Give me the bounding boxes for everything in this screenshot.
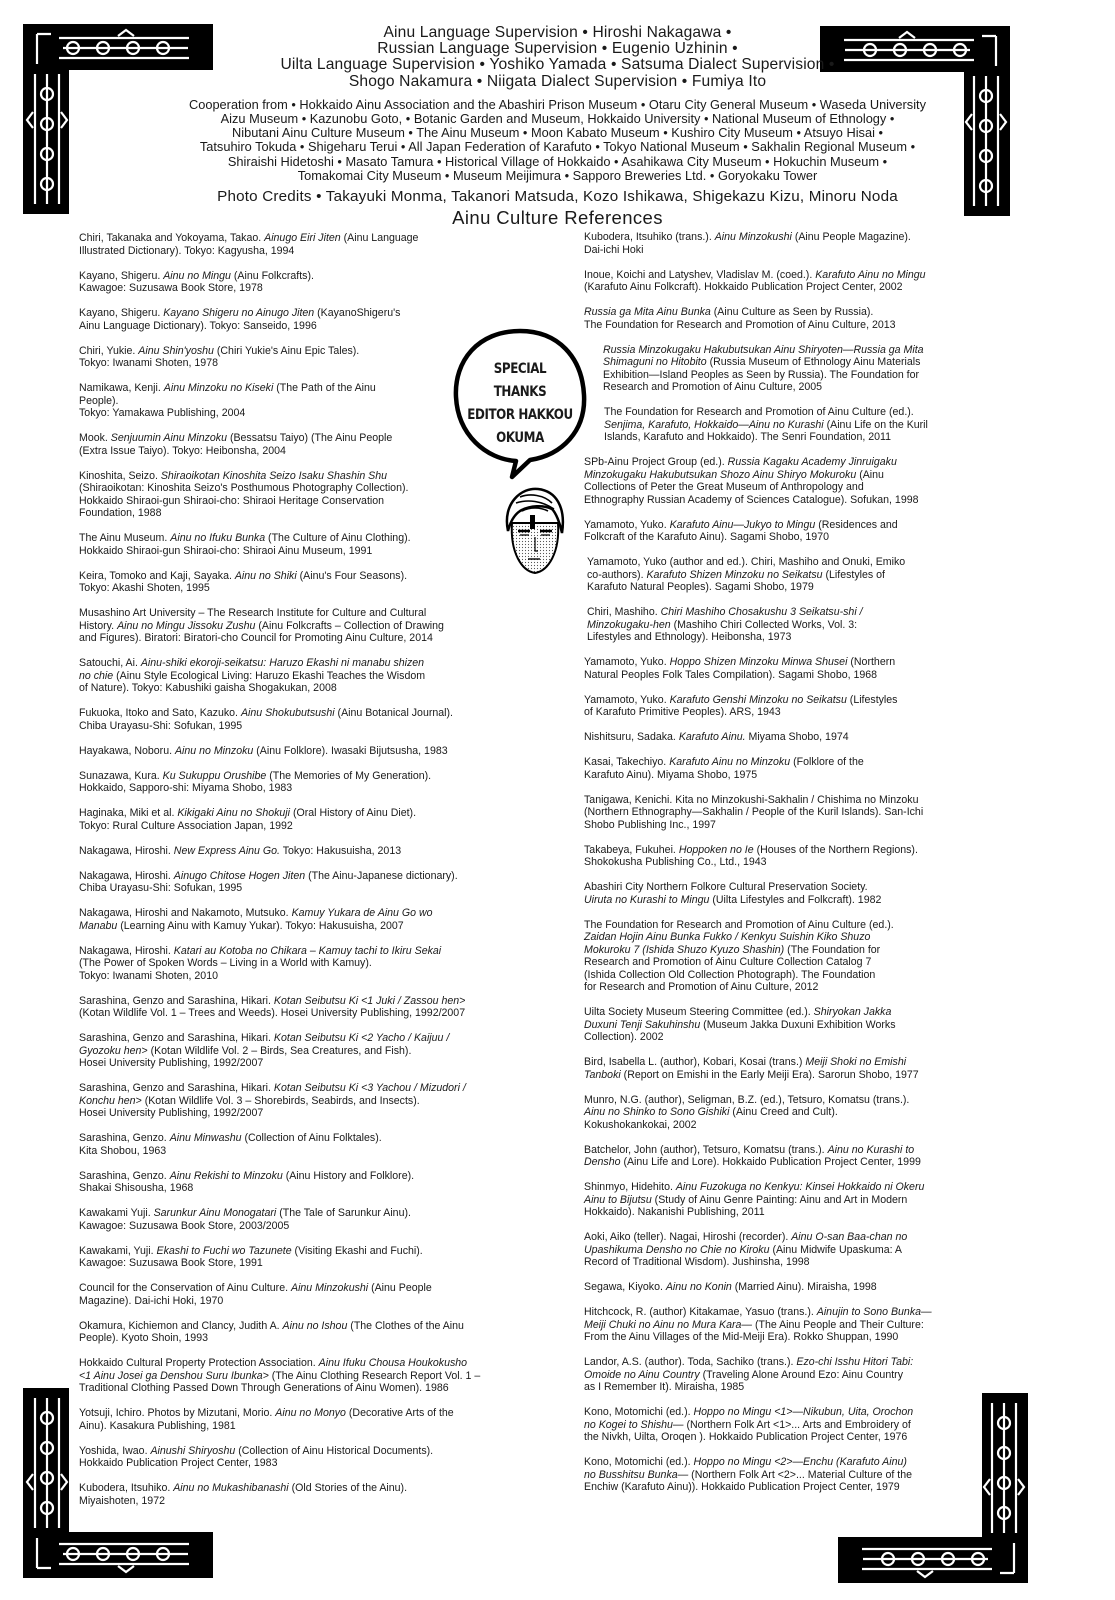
reference-title: Ainu no Shinko to Sono Gishiki [584, 1106, 729, 1118]
reference-entry: Nakagawa, Hiroshi. Ainugo Chitose Hogen … [79, 870, 484, 895]
reference-author: Nakagawa, Hiroshi. [79, 845, 174, 857]
reference-entry: The Ainu Museum. Ainu no Ifuku Bunka (Th… [79, 532, 484, 557]
cooperation-line: Nibutani Ainu Culture Museum • The Ainu … [0, 126, 1115, 140]
special-thanks-line: OKUMA [463, 427, 578, 450]
reference-author: The Ainu Museum. [79, 532, 170, 544]
reference-author: Haginaka, Miki et al. [79, 807, 177, 819]
reference-entry: Tanigawa, Kenichi. Kita no Minzokushi-Sa… [584, 794, 974, 832]
references-right-column: Kubodera, Itsuhiko (trans.). Ainu Minzok… [584, 231, 974, 1506]
reference-title: Kotan Seibutsu Ki <1 Juki / Zassou hen> [274, 995, 465, 1007]
reference-author: Kubodera, Itsuhiko (trans.). [584, 231, 715, 243]
reference-entry: Kubodera, Itsuhiko (trans.). Ainu Minzok… [584, 231, 974, 256]
reference-title: Ainu no Konin [666, 1281, 732, 1293]
reference-title: Ainu no Ifuku Bunka [170, 532, 265, 544]
reference-title: Ku Sukuppu Orushibe [163, 770, 267, 782]
reference-author: Tanigawa, Kenichi. Kita no Minzokushi-Sa… [584, 794, 923, 831]
supervision-line: Ainu Language Supervision • Hiroshi Naka… [0, 25, 1115, 41]
reference-title: New Express Ainu Go. [174, 845, 280, 857]
reference-title: Karafuto Ainu no Mingu [815, 269, 925, 281]
reference-author: Mook. [79, 432, 111, 444]
supervision-line: Shogo Nakamura • Niigata Dialect Supervi… [0, 74, 1115, 90]
reference-entry: Munro, N.G. (author), Seligman, B.Z. (ed… [584, 1094, 974, 1132]
reference-author: Segawa, Kiyoko. [584, 1281, 666, 1293]
reference-author: Yamamoto, Yuko. [584, 519, 670, 531]
reference-entry: Kinoshita, Seizo. Shiraoikotan Kinoshita… [79, 470, 484, 520]
reference-entry: Yotsuji, Ichiro. Photos by Mizutani, Mor… [79, 1407, 484, 1432]
reference-author: Kinoshita, Seizo. [79, 470, 161, 482]
reference-title: Ainushi Shiryoshu [150, 1445, 235, 1457]
reference-author: Sunazawa, Kura. [79, 770, 163, 782]
reference-author: Bird, Isabella L. (author), Kobari, Kosa… [584, 1056, 805, 1068]
reference-details: (Ainu Folklore). Iwasaki Bijutsusha, 198… [253, 745, 447, 757]
reference-title: Karafuto Genshi Minzoku no Seikatsu [670, 694, 847, 706]
special-thanks-line: SPECIAL [463, 358, 578, 381]
reference-author: Chiri, Takanaka and Yokoyama, Takao. [79, 232, 264, 244]
reference-entry: Russia ga Mita Ainu Bunka (Ainu Culture … [584, 306, 974, 331]
reference-title: Ainu no Shiki [235, 570, 297, 582]
reference-author: Hokkaido Cultural Property Protection As… [79, 1357, 319, 1369]
reference-author: Abashiri City Northern Folkore Cultural … [584, 881, 868, 893]
reference-author: Kayano, Shigeru. [79, 307, 163, 319]
reference-details: (Report on Emishi in the Early Meiji Era… [621, 1069, 919, 1081]
reference-entry: Aoki, Aiko (teller). Nagai, Hiroshi (rec… [584, 1231, 974, 1269]
reference-entry: Kawakami Yuji. Sarunkur Ainu Monogatari … [79, 1207, 484, 1232]
reference-entry: Mook. Senjuumin Ainu Minzoku (Bessatsu T… [79, 432, 484, 457]
reference-title: Ainu Shokubutsushi [241, 707, 335, 719]
reference-author: Kubodera, Itsuhiko. [79, 1482, 173, 1494]
reference-author: Kono, Motomichi (ed.). [584, 1406, 694, 1418]
reference-title: Sarunkur Ainu Monogatari [154, 1207, 277, 1219]
reference-entry: Council for the Conservation of Ainu Cul… [79, 1282, 484, 1307]
reference-author: Sarashina, Genzo and Sarashina, Hikari. [79, 1082, 274, 1094]
cooperation-line: Tatsuhiro Tokuda • Shigeharu Terui • All… [0, 140, 1115, 154]
reference-author: Landor, A.S. (author). Toda, Sachiko (tr… [584, 1356, 796, 1368]
reference-title: Ainu no Ishou [283, 1320, 348, 1332]
reference-entry: Haginaka, Miki et al. Kikigaki Ainu no S… [79, 807, 484, 832]
reference-entry: Kono, Motomichi (ed.). Hoppo no Mingu <2… [584, 1456, 974, 1494]
special-thanks-text: SPECIAL THANKS EDITOR HAKKOU OKUMA [463, 358, 578, 450]
reference-title: Kikigaki Ainu no Shokuji [177, 807, 290, 819]
reference-title: Hoppo Shizen Minzoku Minwa Shusei [670, 656, 848, 668]
reference-entry: Hitchcock, R. (author) Kitakamae, Yasuo … [584, 1306, 974, 1344]
reference-title: Katari au Kotoba no Chikara – Kamuy tach… [174, 945, 441, 957]
reference-author: Fukuoka, Itoko and Sato, Kazuko. [79, 707, 241, 719]
references-left-column: Chiri, Takanaka and Yokoyama, Takao. Ain… [79, 232, 484, 1520]
cooperation-line: Aizu Museum • Kazunobu Goto, • Botanic G… [0, 112, 1115, 126]
reference-entry: Landor, A.S. (author). Toda, Sachiko (tr… [584, 1356, 974, 1394]
reference-details: Miyama Shobo, 1974 [746, 731, 849, 743]
reference-author: Kono, Motomichi (ed.). [584, 1456, 694, 1468]
reference-author: Nakagawa, Hiroshi. [79, 870, 174, 882]
reference-title: Senjima, Karafuto, Hokkaido—Ainu no Kura… [604, 419, 824, 431]
reference-title: Karafuto Ainu. [679, 731, 746, 743]
reference-entry: Nakagawa, Hiroshi and Nakamoto, Mutsuko.… [79, 907, 484, 932]
reference-entry: Abashiri City Northern Folkore Cultural … [584, 881, 974, 906]
reference-author: Keira, Tomoko and Kaji, Sayaka. [79, 570, 235, 582]
reference-title: Karafuto Ainu—Jukyo to Mingu [670, 519, 816, 531]
reference-entry: Uilta Society Museum Steering Committee … [584, 1006, 974, 1044]
supervision-credits: Ainu Language Supervision • Hiroshi Naka… [0, 25, 1115, 90]
reference-entry: SPb-Ainu Project Group (ed.). Russia Kag… [584, 456, 974, 506]
reference-title: Uiruta no Kurashi to Mingu [584, 894, 709, 906]
reference-author: Uilta Society Museum Steering Committee … [584, 1006, 814, 1018]
reference-entry: Hayakawa, Noboru. Ainu no Minzoku (Ainu … [79, 745, 484, 758]
reference-entry: Hokkaido Cultural Property Protection As… [79, 1357, 484, 1395]
special-thanks-line: THANKS [463, 381, 578, 404]
reference-entry: Sarashina, Genzo and Sarashina, Hikari. … [79, 1082, 484, 1120]
reference-entry: Bird, Isabella L. (author), Kobari, Kosa… [584, 1056, 974, 1081]
reference-title: Ainu Minzokushi [715, 231, 792, 243]
reference-author: Okamura, Kichiemon and Clancy, Judith A. [79, 1320, 283, 1332]
reference-entry: Shinmyo, Hidehito. Ainu Fuzokuga no Kenk… [584, 1181, 974, 1219]
reference-entry: Sarashina, Genzo. Ainu Minwashu (Collect… [79, 1132, 484, 1157]
reference-entry: Kubodera, Itsuhiko. Ainu no Mukashibanas… [79, 1482, 484, 1507]
reference-entry: Sarashina, Genzo and Sarashina, Hikari. … [79, 1032, 484, 1070]
reference-author: Nishitsuru, Sadaka. [584, 731, 679, 743]
reference-author: Takabeya, Fukuhei. [584, 844, 679, 856]
reference-entry: Nakagawa, Hiroshi. New Express Ainu Go. … [79, 845, 484, 858]
photo-credits: Photo Credits • Takayuki Monma, Takanori… [0, 188, 1115, 206]
reference-author: Kayano, Shigeru. [79, 270, 163, 282]
reference-author: Council for the Conservation of Ainu Cul… [79, 1282, 291, 1294]
reference-details: Tokyo: Hakusuisha, 2013 [280, 845, 401, 857]
reference-entry: Chiri, Yukie. Ainu Shin'yoshu (Chiri Yuk… [79, 345, 484, 370]
reference-author: Kasai, Takechiyo. [584, 756, 669, 768]
reference-entry: The Foundation for Research and Promotio… [584, 406, 974, 444]
reference-author: Yamamoto, Yuko. [584, 656, 670, 668]
cooperation-line: Tomakomai City Museum • Museum Meijimura… [0, 169, 1115, 183]
reference-entry: Russia Minzokugaku Hakubutsukan Ainu Shi… [584, 344, 974, 394]
reference-author: Shinmyo, Hidehito. [584, 1181, 676, 1193]
reference-title: Ainu Minzoku no Kiseki [164, 382, 274, 394]
reference-author: Hayakawa, Noboru. [79, 745, 175, 757]
reference-entry: Yamamoto, Yuko. Karafuto Genshi Minzoku … [584, 694, 974, 719]
reference-title: Ainu Minzokushi [291, 1282, 368, 1294]
reference-entry: Kasai, Takechiyo. Karafuto Ainu no Minzo… [584, 756, 974, 781]
reference-details: (Ainu Style Ecological Living: Haruzo Ek… [79, 670, 425, 695]
reference-author: Satouchi, Ai. [79, 657, 141, 669]
references-title: Ainu Culture References [0, 207, 1115, 229]
credits-header: Ainu Language Supervision • Hiroshi Naka… [0, 25, 1115, 206]
reference-title: Ekashi to Fuchi wo Tazunete [157, 1245, 292, 1257]
reference-author: Munro, N.G. (author), Seligman, B.Z. (ed… [584, 1094, 909, 1106]
reference-entry: Nakagawa, Hiroshi. Katari au Kotoba no C… [79, 945, 484, 983]
reference-entry: Yamamoto, Yuko. Hoppo Shizen Minzoku Min… [584, 656, 974, 681]
reference-entry: Segawa, Kiyoko. Ainu no Konin (Married A… [584, 1281, 974, 1294]
reference-title: Senjuumin Ainu Minzoku [111, 432, 227, 444]
special-thanks-line: EDITOR HAKKOU [463, 404, 578, 427]
reference-entry: Okamura, Kichiemon and Clancy, Judith A.… [79, 1320, 484, 1345]
reference-title: Ainu no Mingu [163, 270, 231, 282]
reference-entry: Sarashina, Genzo and Sarashina, Hikari. … [79, 995, 484, 1020]
reference-entry: Musashino Art University – The Research … [79, 607, 484, 645]
special-thanks-bubble: SPECIAL THANKS EDITOR HAKKOU OKUMA [450, 325, 590, 475]
cooperation-line: Shiraishi Hidetoshi • Masato Tamura • Hi… [0, 155, 1115, 169]
reference-entry: Yamamoto, Yuko. Karafuto Ainu—Jukyo to M… [584, 519, 974, 544]
reference-title: Hoppoken no Ie [679, 844, 754, 856]
reference-author: Sarashina, Genzo. [79, 1170, 170, 1182]
reference-details: (Karafuto Ainu Folkcraft). Hokkaido Publ… [584, 281, 903, 293]
reference-author: Nakagawa, Hiroshi. [79, 945, 174, 957]
supervision-line: Russian Language Supervision • Eugenio U… [0, 41, 1115, 57]
reference-title: Russia ga Mita Ainu Bunka [584, 306, 711, 318]
reference-entry: Yamamoto, Yuko (author and ed.). Chiri, … [584, 556, 974, 594]
reference-author: Namikawa, Kenji. [79, 382, 164, 394]
reference-entry: Sunazawa, Kura. Ku Sukuppu Orushibe (The… [79, 770, 484, 795]
reference-details: (Kotan Wildlife Vol. 1 – Trees and Weeds… [79, 1007, 465, 1019]
reference-entry: Chiri, Mashiho. Chiri Mashiho Chosakushu… [584, 606, 974, 644]
cooperation-line: Cooperation from • Hokkaido Ainu Associa… [0, 98, 1115, 112]
reference-author: Aoki, Aiko (teller). Nagai, Hiroshi (rec… [584, 1231, 791, 1243]
reference-title: Kayano Shigeru no Ainugo Jiten [163, 307, 314, 319]
reference-title: Karafuto Shizen Minzoku no Seikatsu [646, 569, 822, 581]
reference-title: Ainugo Eiri Jiten [264, 232, 341, 244]
reference-entry: Kayano, Shigeru. Ainu no Mingu (Ainu Fol… [79, 270, 484, 295]
reference-entry: Nishitsuru, Sadaka. Karafuto Ainu. Miyam… [584, 731, 974, 744]
reference-title: Ainugo Chitose Hogen Jiten [174, 870, 305, 882]
reference-details: (Married Ainu). Miraisha, 1998 [732, 1281, 877, 1293]
reference-author: Yamamoto, Yuko. [584, 694, 670, 706]
reference-author: Kawakami, Yuji. [79, 1245, 157, 1257]
reference-author: Chiri, Yukie. [79, 345, 138, 357]
reference-author: Hitchcock, R. (author) Kitakamae, Yasuo … [584, 1306, 817, 1318]
reference-entry: The Foundation for Research and Promotio… [584, 919, 974, 994]
reference-author: Inoue, Koichi and Latyshev, Vladislav M.… [584, 269, 815, 281]
reference-author: Sarashina, Genzo and Sarashina, Hikari. [79, 995, 274, 1007]
reference-title: Karafuto Ainu no Minzoku [669, 756, 790, 768]
reference-details: (Uilta Lifestyles and Folkcraft). 1982 [709, 894, 881, 906]
reference-entry: Satouchi, Ai. Ainu-shiki ekoroji-seikats… [79, 657, 484, 695]
reference-details: (Ainu Life and Lore). Hokkaido Publicati… [621, 1156, 921, 1168]
reference-title: Ainu Minwashu [170, 1132, 242, 1144]
reference-entry: Kayano, Shigeru. Kayano Shigeru no Ainug… [79, 307, 484, 332]
reference-details: (The Power of Spoken Words – Living in a… [79, 957, 372, 982]
reference-entry: Kono, Motomichi (ed.). Hoppo no Mingu <1… [584, 1406, 974, 1444]
reference-entry: Chiri, Takanaka and Yokoyama, Takao. Ain… [79, 232, 484, 257]
reference-entry: Kawakami, Yuji. Ekashi to Fuchi wo Tazun… [79, 1245, 484, 1270]
reference-author: Yotsuji, Ichiro. Photos by Mizutani, Mor… [79, 1407, 275, 1419]
reference-author: Kawakami Yuji. [79, 1207, 154, 1219]
reference-author: Sarashina, Genzo and Sarashina, Hikari. [79, 1032, 274, 1044]
reference-title: Ainu no Monyo [275, 1407, 346, 1419]
reference-entry: Fukuoka, Itoko and Sato, Kazuko. Ainu Sh… [79, 707, 484, 732]
reference-author: The Foundation for Research and Promotio… [604, 406, 914, 418]
editor-face-icon [500, 483, 570, 575]
reference-entry: Yoshida, Iwao. Ainushi Shiryoshu (Collec… [79, 1445, 484, 1470]
reference-author: Yoshida, Iwao. [79, 1445, 150, 1457]
reference-title: Ainu Shin'yoshu [138, 345, 214, 357]
reference-author: SPb-Ainu Project Group (ed.). [584, 456, 728, 468]
cooperation-credits: Cooperation from • Hokkaido Ainu Associa… [0, 98, 1115, 183]
reference-author: Sarashina, Genzo. [79, 1132, 170, 1144]
reference-author: Batchelor, John (author), Tetsuro, Komat… [584, 1144, 828, 1156]
reference-title: Ainu no Mingu Jissoku Zushu [117, 620, 255, 632]
reference-author: Nakagawa, Hiroshi and Nakamoto, Mutsuko. [79, 907, 292, 919]
reference-details: (Shiraoikotan: Kinoshita Seizo's Posthum… [79, 482, 408, 519]
reference-title: Shiraoikotan Kinoshita Seizo Isaku Shash… [161, 470, 387, 482]
reference-title: Ainu no Minzoku [175, 745, 253, 757]
reference-title: Ainu no Mukashibanashi [173, 1482, 288, 1494]
reference-entry: Batchelor, John (author), Tetsuro, Komat… [584, 1144, 974, 1169]
reference-entry: Inoue, Koichi and Latyshev, Vladislav M.… [584, 269, 974, 294]
reference-author: The Foundation for Research and Promotio… [584, 919, 894, 931]
reference-details: (Learning Ainu with Kamuy Yukar). Tokyo:… [117, 920, 403, 932]
reference-author: Chiri, Mashiho. [587, 606, 661, 618]
reference-entry: Namikawa, Kenji. Ainu Minzoku no Kiseki … [79, 382, 484, 420]
reference-title: Ainu Rekishi to Minzoku [170, 1170, 283, 1182]
reference-entry: Keira, Tomoko and Kaji, Sayaka. Ainu no … [79, 570, 484, 595]
reference-entry: Takabeya, Fukuhei. Hoppoken no Ie (House… [584, 844, 974, 869]
supervision-line: Uilta Language Supervision • Yoshiko Yam… [0, 57, 1115, 73]
reference-entry: Sarashina, Genzo. Ainu Rekishi to Minzok… [79, 1170, 484, 1195]
